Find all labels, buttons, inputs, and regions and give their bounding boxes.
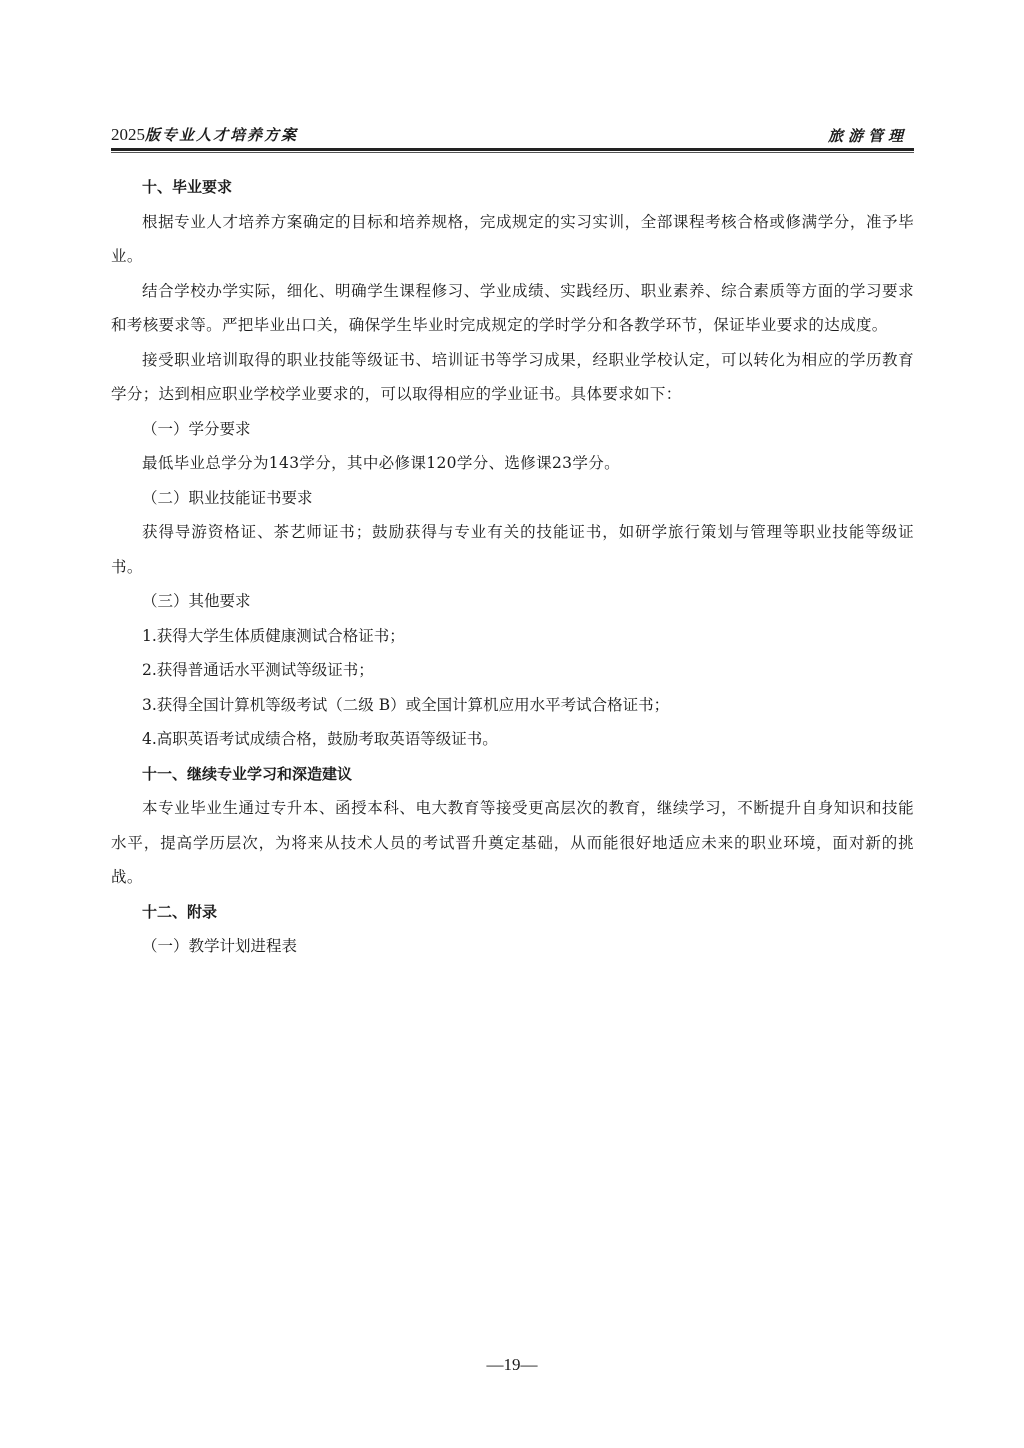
subheading-other-requirements: （三）其他要求 (111, 584, 914, 619)
document-title: 2025版专业人才培养方案 (111, 124, 298, 145)
page-number: —19— (0, 1355, 1024, 1375)
paragraph: 最低毕业总学分为143学分，其中必修课120学分、选修课23学分。 (111, 446, 914, 481)
list-item: 4.高职英语考试成绩合格，鼓励考取英语等级证书。 (111, 722, 914, 757)
list-item: 3.获得全国计算机等级考试（二级 B）或全国计算机应用水平考试合格证书； (111, 688, 914, 723)
subheading-credit-requirements: （一）学分要求 (111, 412, 914, 447)
section-heading-further-study: 十一、继续专业学习和深造建议 (111, 757, 914, 792)
header-rule-thin (111, 152, 914, 153)
subheading-certificate-requirements: （二）职业技能证书要求 (111, 481, 914, 516)
subheading-teaching-plan: （一）教学计划进程表 (111, 929, 914, 964)
header-title: 版专业人才培养方案 (145, 128, 298, 144)
paragraph: 获得导游资格证、茶艺师证书；鼓励获得与专业有关的技能证书，如研学旅行策划与管理等… (111, 515, 914, 584)
header-major: 旅游管理 (828, 125, 908, 146)
section-heading-graduation-requirements: 十、毕业要求 (111, 170, 914, 205)
paragraph: 接受职业培训取得的职业技能等级证书、培训证书等学习成果，经职业学校认定，可以转化… (111, 343, 914, 412)
list-item: 2.获得普通话水平测试等级证书； (111, 653, 914, 688)
section-heading-appendix: 十二、附录 (111, 895, 914, 930)
list-item: 1.获得大学生体质健康测试合格证书； (111, 619, 914, 654)
page-header: 2025版专业人才培养方案 旅游管理 (111, 122, 914, 148)
header-year: 2025 (111, 125, 145, 144)
paragraph: 本专业毕业生通过专升本、函授本科、电大教育等接受更高层次的教育，继续学习，不断提… (111, 791, 914, 895)
paragraph: 根据专业人才培养方案确定的目标和培养规格，完成规定的实习实训，全部课程考核合格或… (111, 205, 914, 274)
paragraph: 结合学校办学实际，细化、明确学生课程修习、学业成绩、实践经历、职业素养、综合素质… (111, 274, 914, 343)
page-content: 十、毕业要求 根据专业人才培养方案确定的目标和培养规格，完成规定的实习实训，全部… (111, 170, 914, 964)
header-rule-thick (111, 148, 914, 151)
